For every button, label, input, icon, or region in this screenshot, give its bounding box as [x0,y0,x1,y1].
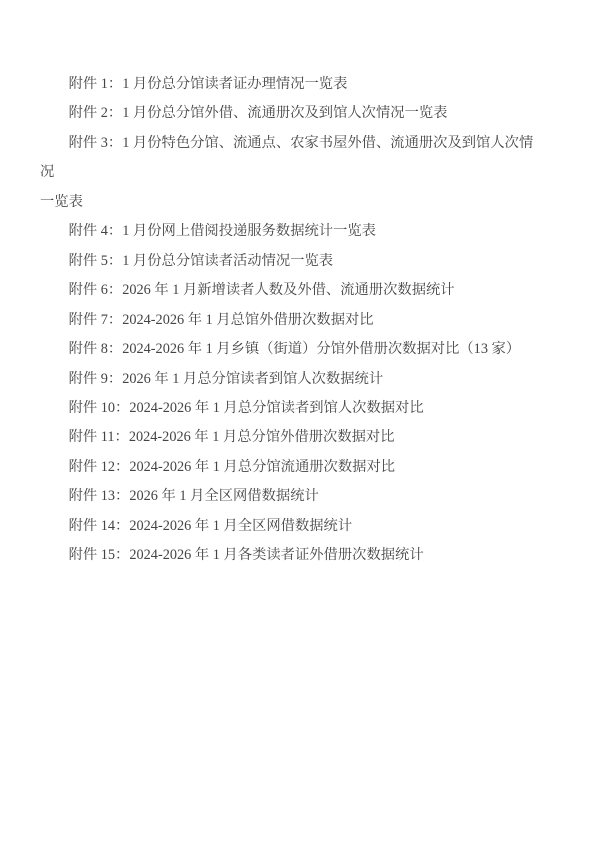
attachment-item-5: 附件 5：1 月份总分馆读者活动情况一览表 [40,247,545,276]
attachment-item-3: 附件 3：1 月份特色分馆、流通点、农家书屋外借、流通册次及到馆人次情况 一览表 [40,129,545,217]
document-page: 附件 1：1 月份总分馆读者证办理情况一览表 附件 2：1 月份总分馆外借、流通… [0,0,600,848]
attachment-item-2: 附件 2：1 月份总分馆外借、流通册次及到馆人次情况一览表 [40,99,545,128]
attachment-item-12: 附件 12：2024-2026 年 1 月总分馆流通册次数据对比 [40,453,545,482]
attachment-item-6: 附件 6：2026 年 1 月新增读者人数及外借、流通册次数据统计 [40,276,545,305]
attachment-item-14: 附件 14：2024-2026 年 1 月全区网借数据统计 [40,512,545,541]
attachment-list: 附件 1：1 月份总分馆读者证办理情况一览表 附件 2：1 月份总分馆外借、流通… [40,70,545,571]
attachment-item-1: 附件 1：1 月份总分馆读者证办理情况一览表 [40,70,545,99]
attachment-item-4: 附件 4：1 月份网上借阅投递服务数据统计一览表 [40,217,545,246]
attachment-item-15: 附件 15：2024-2026 年 1 月各类读者证外借册次数据统计 [40,541,545,570]
attachment-item-13: 附件 13：2026 年 1 月全区网借数据统计 [40,482,545,511]
attachment-item-11: 附件 11：2024-2026 年 1 月总分馆外借册次数据对比 [40,423,545,452]
attachment-item-9: 附件 9：2026 年 1 月总分馆读者到馆人次数据统计 [40,365,545,394]
attachment-item-10: 附件 10：2024-2026 年 1 月总分馆读者到馆人次数据对比 [40,394,545,423]
attachment-item-7: 附件 7：2024-2026 年 1 月总馆外借册次数据对比 [40,306,545,335]
attachment-item-8: 附件 8：2024-2026 年 1 月乡镇（街道）分馆外借册次数据对比（13 … [40,335,545,364]
